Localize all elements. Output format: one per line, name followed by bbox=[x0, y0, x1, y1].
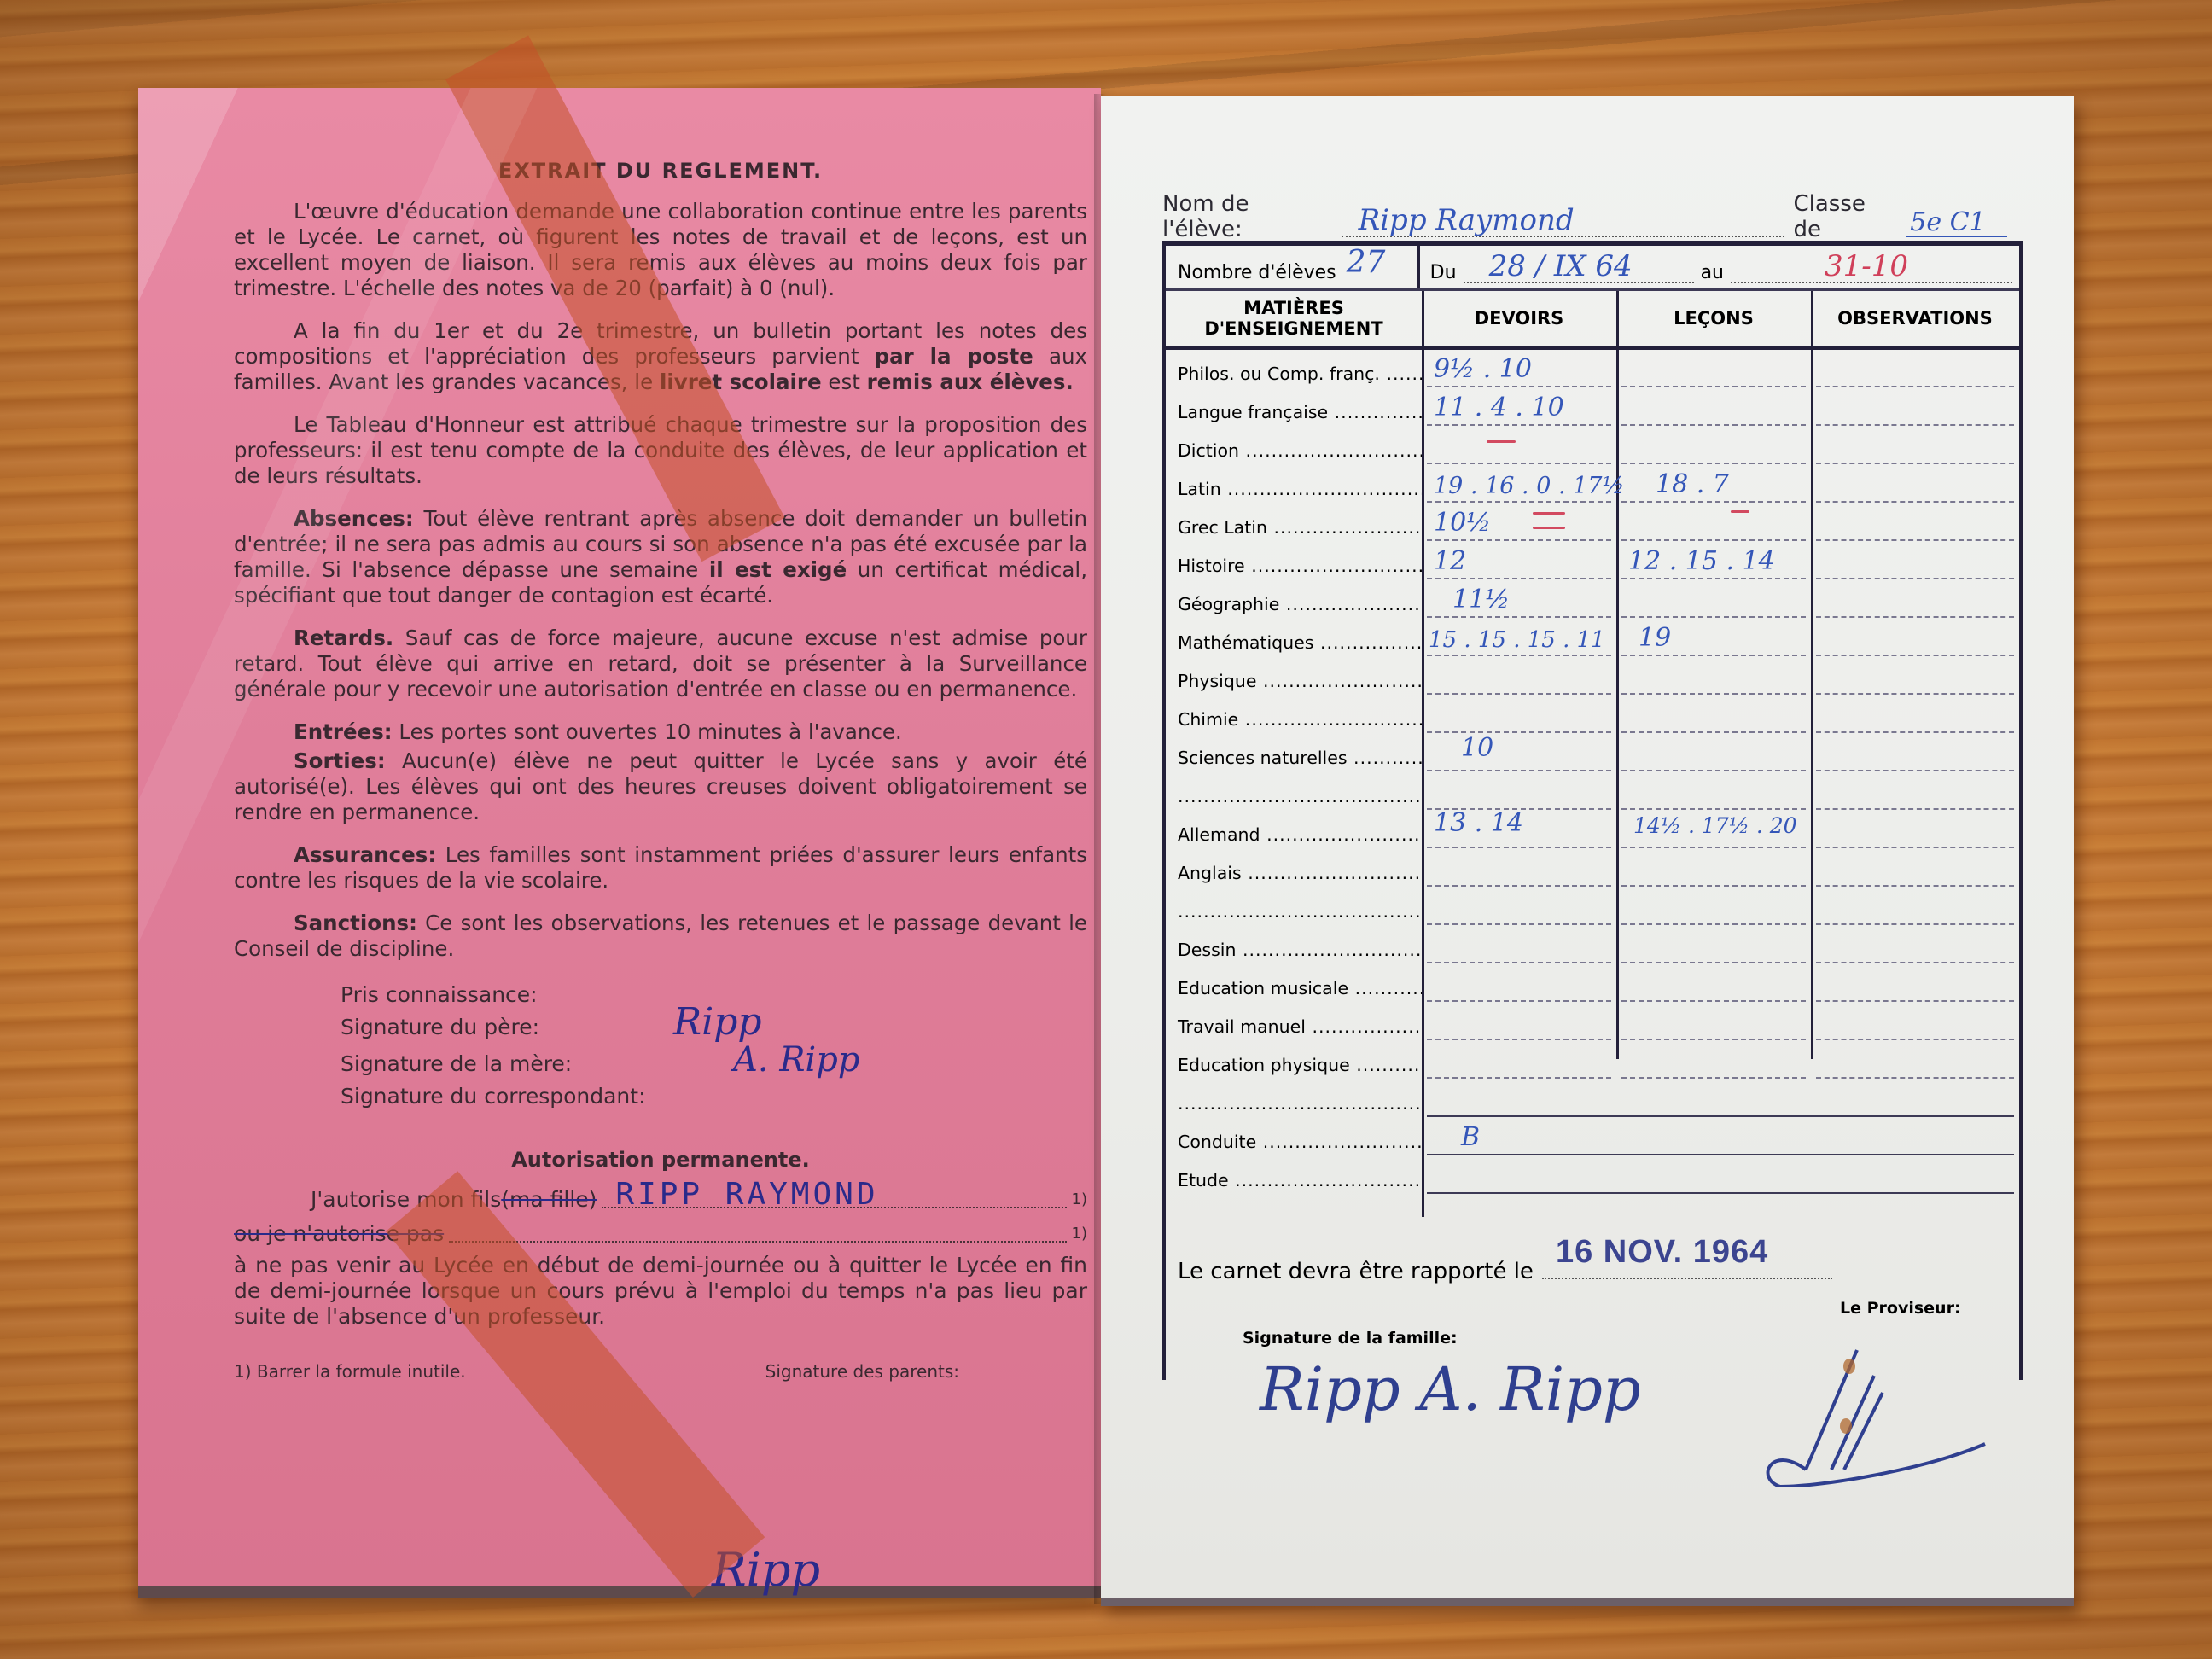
section-sanctions: Sanctions: Ce sont les observations, les… bbox=[234, 911, 1087, 962]
intro-paragraph-3: Le Tableau d'Honneur est attribué chaque… bbox=[234, 412, 1087, 489]
section-sorties: Sorties: Aucun(e) élève ne peut quitter … bbox=[234, 748, 1087, 825]
family-signature-label: Signature de la famille: bbox=[1243, 1329, 1458, 1348]
rust-stain bbox=[1843, 1359, 1855, 1374]
mother-signature-label: Signature de la mère: bbox=[341, 1048, 673, 1080]
authorization-body: à ne pas venir au Lycée en début de demi… bbox=[234, 1253, 1087, 1330]
correspondent-signature-label: Signature du correspondant: bbox=[341, 1080, 673, 1113]
student-header: Nom de l'élève: Ripp Raymond Classe de 5… bbox=[1162, 191, 2016, 242]
table-row: Education musicale bbox=[1166, 964, 2019, 1002]
student-count: 27 bbox=[1347, 245, 1386, 280]
table-row: Mathématiques15 . 15 . 15 . 1119 bbox=[1166, 619, 2019, 656]
table-row bbox=[1166, 888, 2019, 925]
authorization-line-1: J'autorise mon fils (ma fille) RIPP RAYM… bbox=[234, 1181, 1087, 1215]
table-row bbox=[1166, 772, 2019, 810]
to-label: au bbox=[1701, 262, 1724, 283]
intro-paragraph-1: L'œuvre d'éducation demande une collabor… bbox=[234, 199, 1087, 301]
table-row: ConduiteB bbox=[1166, 1118, 2019, 1155]
table-row: Physique bbox=[1166, 657, 2019, 695]
table-row: Langue française11 . 4 . 10 bbox=[1166, 388, 2019, 426]
intro-paragraph-2: A la fin du 1er et du 2e trimestre, un b… bbox=[234, 318, 1087, 395]
table-row: Etude bbox=[1166, 1156, 2019, 1194]
from-label: Du bbox=[1430, 262, 1457, 283]
student-name-field: Ripp Raymond bbox=[1342, 210, 1785, 237]
rust-stain bbox=[1840, 1418, 1852, 1434]
reglement-title: EXTRAIT DU REGLEMENT. bbox=[234, 158, 1087, 183]
section-entrees: Entrées: Les portes sont ouvertes 10 min… bbox=[234, 719, 1087, 745]
table-row: Philos. ou Comp. franç.9½ . 10 bbox=[1166, 350, 2019, 387]
period-row: Nombre d'élèves 27 Du 28 / IX 64 au 31-1… bbox=[1166, 246, 2019, 291]
table-row: Géographie11½ bbox=[1166, 580, 2019, 618]
authorized-student-field: RIPP RAYMOND bbox=[602, 1181, 1066, 1208]
class-field: 5e C1 bbox=[1906, 210, 2007, 237]
right-page-grades: Nom de l'élève: Ripp Raymond Classe de 5… bbox=[1101, 96, 2074, 1606]
return-date-line: Le carnet devra être rapporté le 16 NOV.… bbox=[1178, 1252, 1946, 1284]
return-date-stamp: 16 NOV. 1964 bbox=[1556, 1234, 1768, 1271]
class-label: Classe de bbox=[1793, 191, 1898, 242]
table-row: Chimie bbox=[1166, 696, 2019, 733]
table-row: Allemand13 . 1414½ . 17½ . 20 bbox=[1166, 811, 2019, 848]
student-count-label: Nombre d'élèves bbox=[1178, 262, 1336, 283]
table-row: Anglais bbox=[1166, 849, 2019, 887]
col-lecons: LEÇONS bbox=[1616, 291, 1811, 346]
pris-connaissance-label: Pris connaissance: bbox=[341, 979, 673, 1011]
grades-table: Nombre d'élèves 27 Du 28 / IX 64 au 31-1… bbox=[1162, 241, 2023, 1380]
left-page-reglement: EXTRAIT DU REGLEMENT. L'œuvre d'éducatio… bbox=[138, 88, 1101, 1598]
authorization-title: Autorisation permanente. bbox=[234, 1147, 1087, 1173]
table-header: MATIÈRES D'ENSEIGNEMENT DEVOIRS LEÇONS O… bbox=[1166, 291, 2019, 350]
table-row bbox=[1166, 1080, 2019, 1117]
conduite-grade: B bbox=[1461, 1122, 1480, 1152]
authorization-footer: 1) Barrer la formule inutile. Signature … bbox=[234, 1359, 1087, 1384]
col-observations: OBSERVATIONS bbox=[1811, 291, 2019, 346]
parents-signature-label: Signature des parents: bbox=[765, 1359, 959, 1384]
family-signature: Ripp A. Ripp bbox=[1260, 1354, 1641, 1424]
grec-latin-subject: Grec Latin bbox=[1166, 517, 1422, 541]
authorization-line-2: ou je n'autorise pas 1) bbox=[234, 1215, 1087, 1249]
father-signature: Ripp bbox=[673, 1006, 762, 1039]
from-date: 28 / IX 64 bbox=[1489, 249, 1633, 283]
table-row: Education physique bbox=[1166, 1041, 2019, 1079]
col-devoirs: DEVOIRS bbox=[1422, 291, 1616, 346]
table-row: Latin19 . 16 . 0 . 17½18 . 7 bbox=[1166, 465, 2019, 503]
struck-ma-fille: (ma fille) bbox=[501, 1185, 597, 1215]
table-row: Sciences naturelles10 bbox=[1166, 734, 2019, 771]
struck-je-n-autorise-pas: ou je n'autorise pas bbox=[234, 1219, 444, 1249]
return-date-label: Le carnet devra être rapporté le bbox=[1178, 1259, 1534, 1284]
table-row: Diction bbox=[1166, 427, 2019, 464]
mother-signature: A. Ripp bbox=[733, 1044, 859, 1076]
to-date: 31-10 bbox=[1825, 249, 1908, 283]
footnote-barrer: 1) Barrer la formule inutile. bbox=[234, 1359, 466, 1384]
section-absences: Absences: Tout élève rentrant après abse… bbox=[234, 506, 1087, 608]
signatures-block: Pris connaissance: Signature du père:Rip… bbox=[341, 979, 1087, 1113]
table-row: Dessin bbox=[1166, 926, 2019, 963]
table-row: Histoire1212 . 15 . 14 bbox=[1166, 542, 2019, 579]
student-name-label: Nom de l'élève: bbox=[1162, 191, 1333, 242]
principal-signature bbox=[1755, 1342, 1994, 1487]
father-signature-label: Signature du père: bbox=[341, 1011, 673, 1044]
col-matieres: MATIÈRES D'ENSEIGNEMENT bbox=[1166, 291, 1422, 346]
section-retards: Retards. Sauf cas de force majeure, aucu… bbox=[234, 626, 1087, 702]
table-row: Travail manuel bbox=[1166, 1003, 2019, 1040]
principal-label: Le Proviseur: bbox=[1840, 1299, 1961, 1318]
parents-signature: Ripp bbox=[712, 1557, 820, 1583]
section-assurances: Assurances: Les familles sont instamment… bbox=[234, 842, 1087, 894]
table-row: Grec Latin10½ bbox=[1166, 504, 2019, 541]
